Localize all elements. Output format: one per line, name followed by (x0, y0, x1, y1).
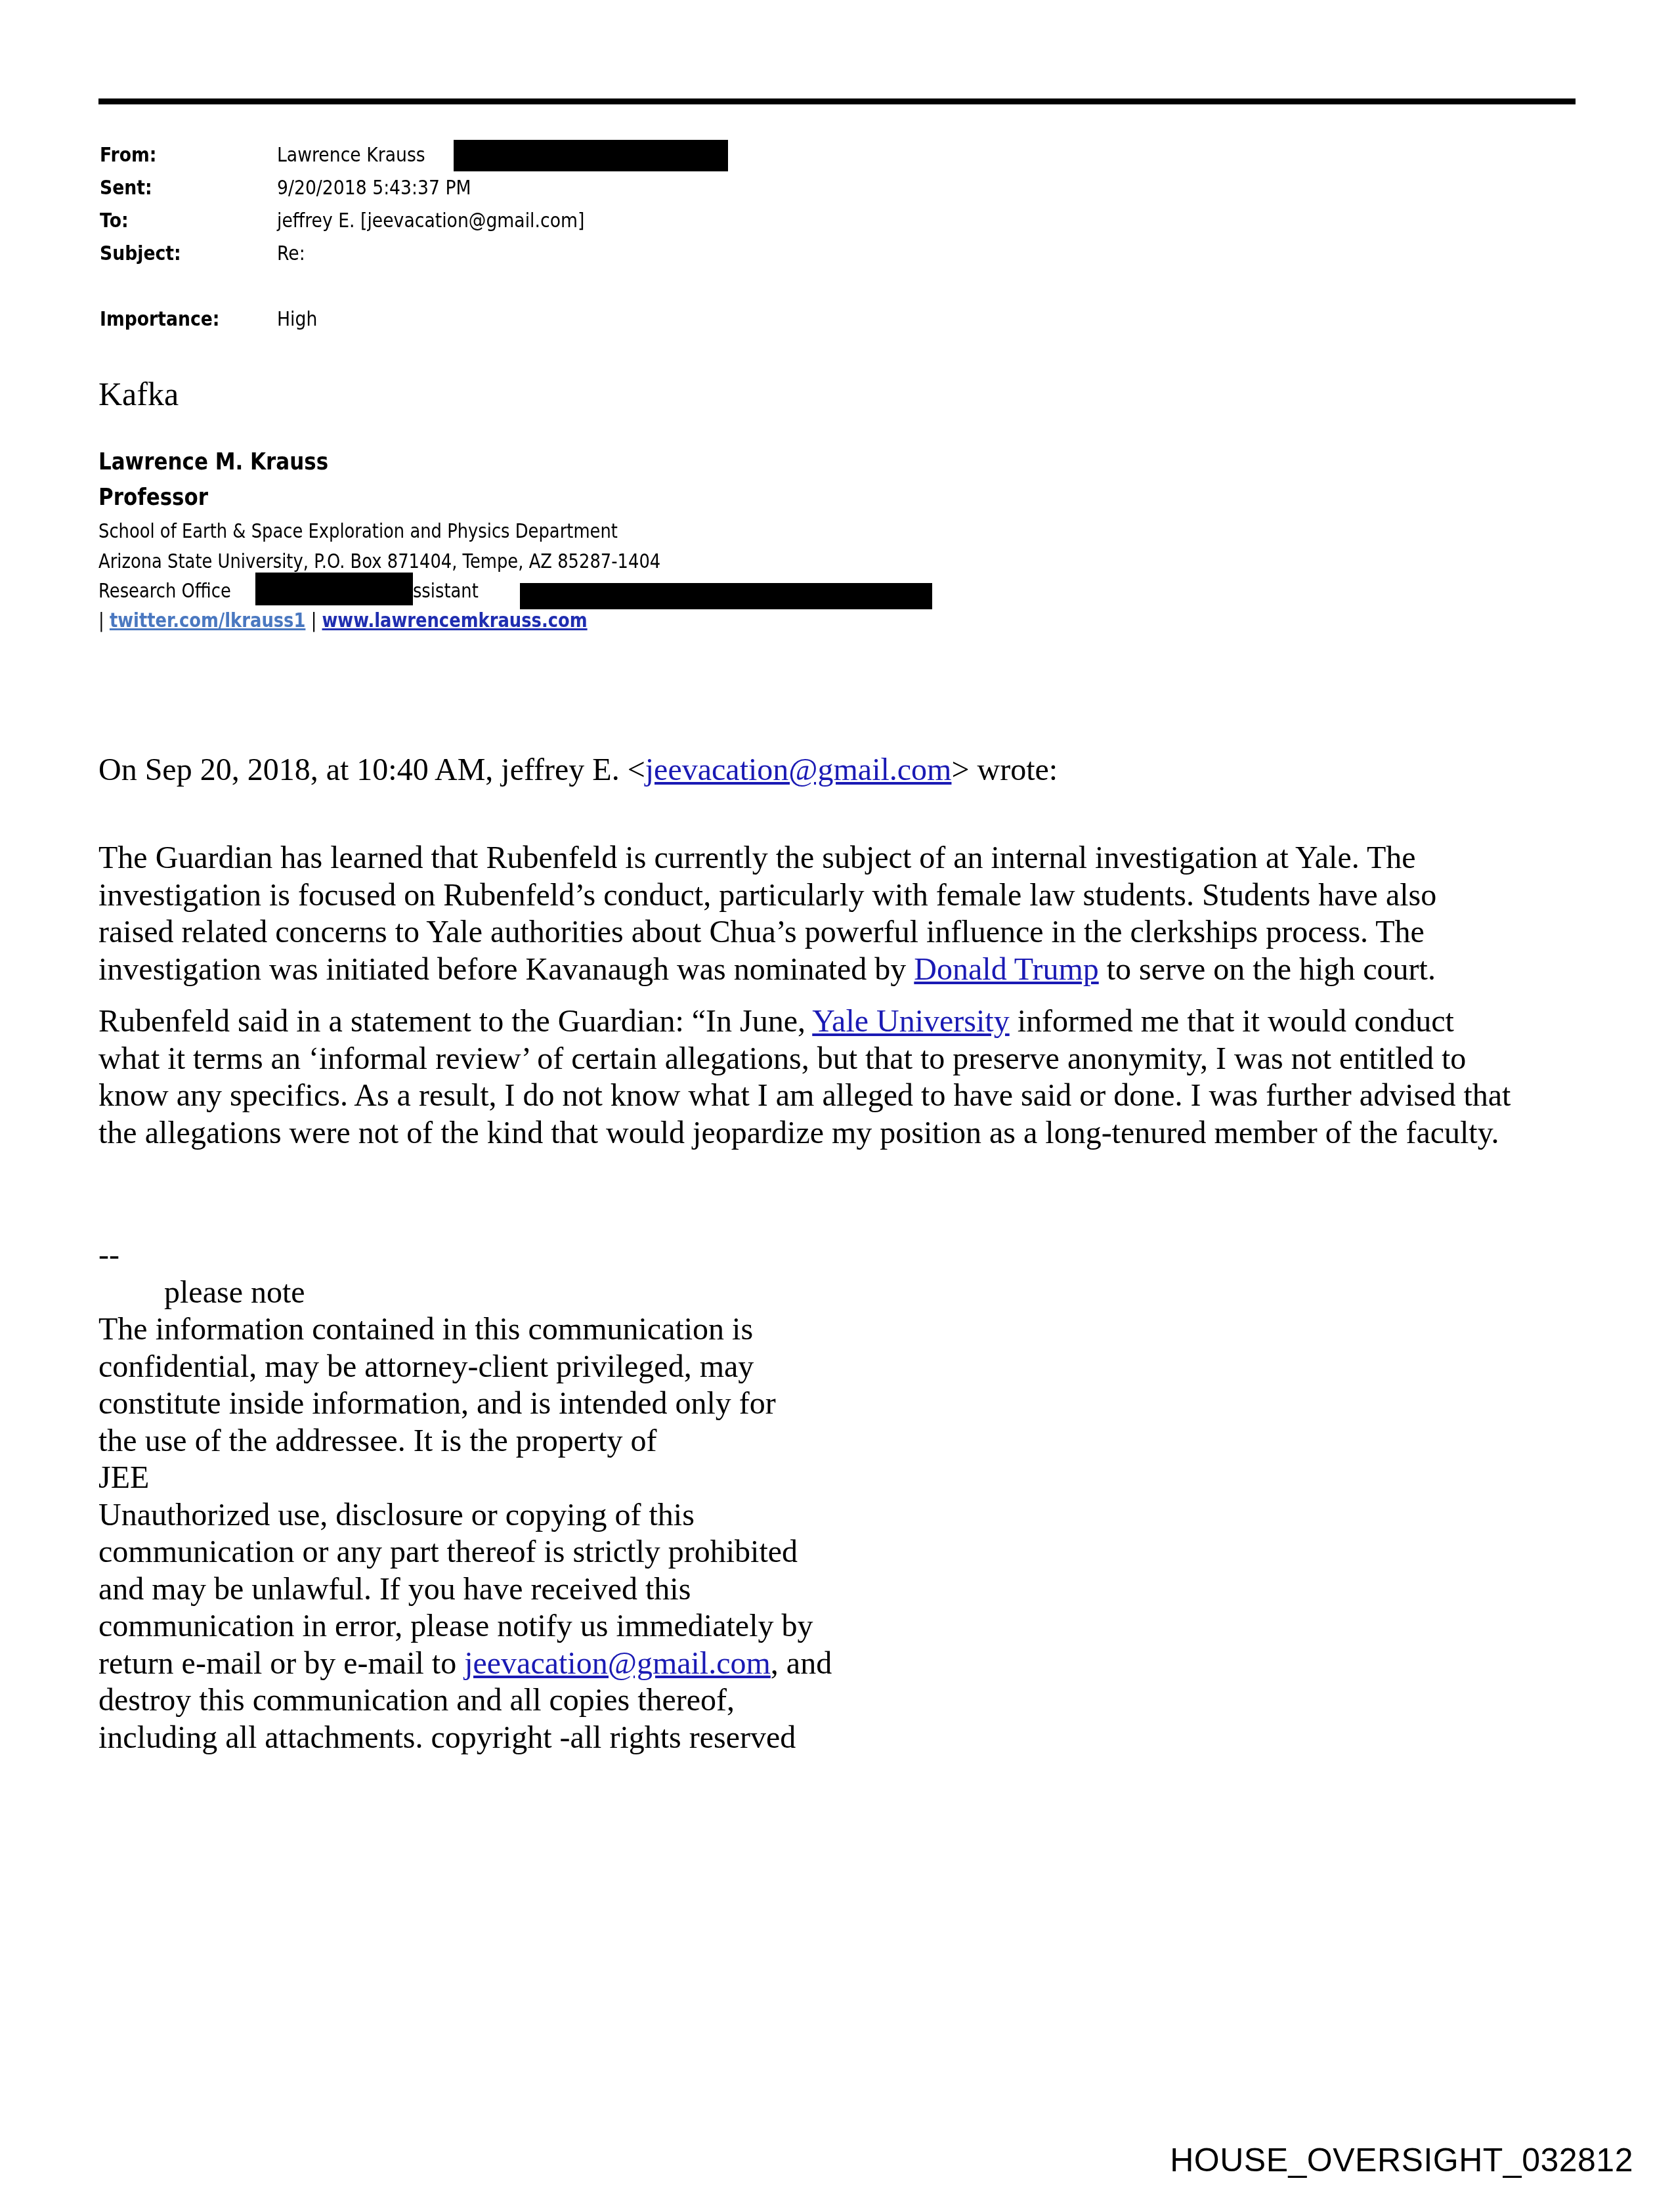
signature-links-line: | twitter.com/lkrauss1 | www.lawrencemkr… (98, 608, 588, 634)
quote-attribution: On Sep 20, 2018, at 10:40 AM, jeffrey E.… (98, 752, 1058, 789)
paragraph-line: the allegations were not of the kind tha… (98, 1115, 1582, 1152)
line-text: investigation was initiated before Kavan… (98, 952, 914, 987)
redaction-box (255, 573, 413, 605)
disclaimer-line: and may be unlawful. If you have receive… (98, 1571, 832, 1609)
line-text: Rubenfeld said in a statement to the Gua… (98, 1004, 812, 1039)
signature-dashes: -- (98, 1237, 832, 1274)
disclaimer-line: The information contained in this commun… (98, 1311, 832, 1349)
links-prefix: | (98, 609, 104, 632)
website-link[interactable]: www.lawrencemkrauss.com (322, 609, 588, 632)
line-text: to serve on the high court. (1099, 952, 1436, 987)
sent-label: Sent: (100, 175, 152, 201)
disclaimer-line: JEE (98, 1460, 832, 1497)
disclaimer-line: constitute inside information, and is in… (98, 1385, 832, 1423)
disclaimer-line: including all attachments. copyright -al… (98, 1720, 832, 1757)
attribution-prefix: On Sep 20, 2018, at 10:40 AM, jeffrey E.… (98, 752, 645, 787)
paragraph-line: investigation is focused on Rubenfeld’s … (98, 877, 1582, 915)
redaction-box (454, 140, 728, 171)
paragraph-line: know any specifics. As a result, I do no… (98, 1077, 1582, 1115)
links-separator: | (311, 609, 317, 632)
paragraph-line: raised related concerns to Yale authorit… (98, 914, 1582, 951)
disclaimer-line: communication in error, please notify us… (98, 1608, 832, 1645)
importance-value: High (277, 306, 317, 332)
disclaimer-line: destroy this communication and all copie… (98, 1682, 832, 1720)
yale-university-link[interactable]: Yale University (812, 1004, 1009, 1039)
line-text: informed me that it would conduct (1010, 1004, 1454, 1039)
subject-value: Re: (277, 240, 305, 267)
twitter-link[interactable]: twitter.com/lkrauss1 (110, 609, 306, 632)
attribution-suffix: > wrote: (951, 752, 1058, 787)
quoted-paragraph-1: The Guardian has learned that Rubenfeld … (98, 840, 1582, 988)
to-value: jeffrey E. [jeevacation@gmail.com] (277, 207, 584, 234)
disclaimer-heading: please note (98, 1274, 832, 1312)
redaction-box (520, 583, 932, 609)
paragraph-line: what it terms an ‘informal review’ of ce… (98, 1041, 1582, 1078)
disclaimer-line: return e-mail or by e-mail to jeevacatio… (98, 1645, 832, 1683)
disclaimer-line: the use of the addressee. It is the prop… (98, 1423, 832, 1460)
line-text: return e-mail or by e-mail to (98, 1646, 464, 1681)
signature-address: Arizona State University, P.O. Box 87140… (98, 549, 660, 575)
sent-value: 9/20/2018 5:43:37 PM (277, 175, 471, 201)
attribution-email-link[interactable]: jeevacation@gmail.com (645, 752, 952, 787)
subject-label: Subject: (100, 240, 181, 267)
signature-title: Professor (98, 483, 208, 512)
disclaimer-line: confidential, may be attorney-client pri… (98, 1349, 832, 1386)
importance-label: Importance: (100, 306, 220, 332)
signature-name: Lawrence M. Krauss (98, 448, 328, 477)
reply-text: Kafka (98, 376, 179, 412)
disclaimer-block: -- please note The information contained… (98, 1237, 832, 1756)
paragraph-line: investigation was initiated before Kavan… (98, 951, 1582, 989)
donald-trump-link[interactable]: Donald Trump (914, 952, 1098, 987)
paragraph-line: Rubenfeld said in a statement to the Gua… (98, 1003, 1582, 1041)
disclaimer-email-link[interactable]: jeevacation@gmail.com (464, 1646, 771, 1681)
from-value: Lawrence Krauss (277, 142, 425, 168)
from-label: From: (100, 142, 156, 168)
signature-department: School of Earth & Space Exploration and … (98, 519, 618, 545)
header-rule (98, 98, 1576, 104)
research-office-label: Research Office (98, 580, 231, 603)
quoted-paragraph-2: Rubenfeld said in a statement to the Gua… (98, 1003, 1582, 1152)
paragraph-line: The Guardian has learned that Rubenfeld … (98, 840, 1582, 877)
line-text: , and (771, 1646, 832, 1681)
disclaimer-line: communication or any part thereof is str… (98, 1534, 832, 1571)
bates-number: HOUSE_OVERSIGHT_032812 (1170, 2142, 1633, 2179)
disclaimer-line: Unauthorized use, disclosure or copying … (98, 1497, 832, 1534)
to-label: To: (100, 207, 129, 234)
